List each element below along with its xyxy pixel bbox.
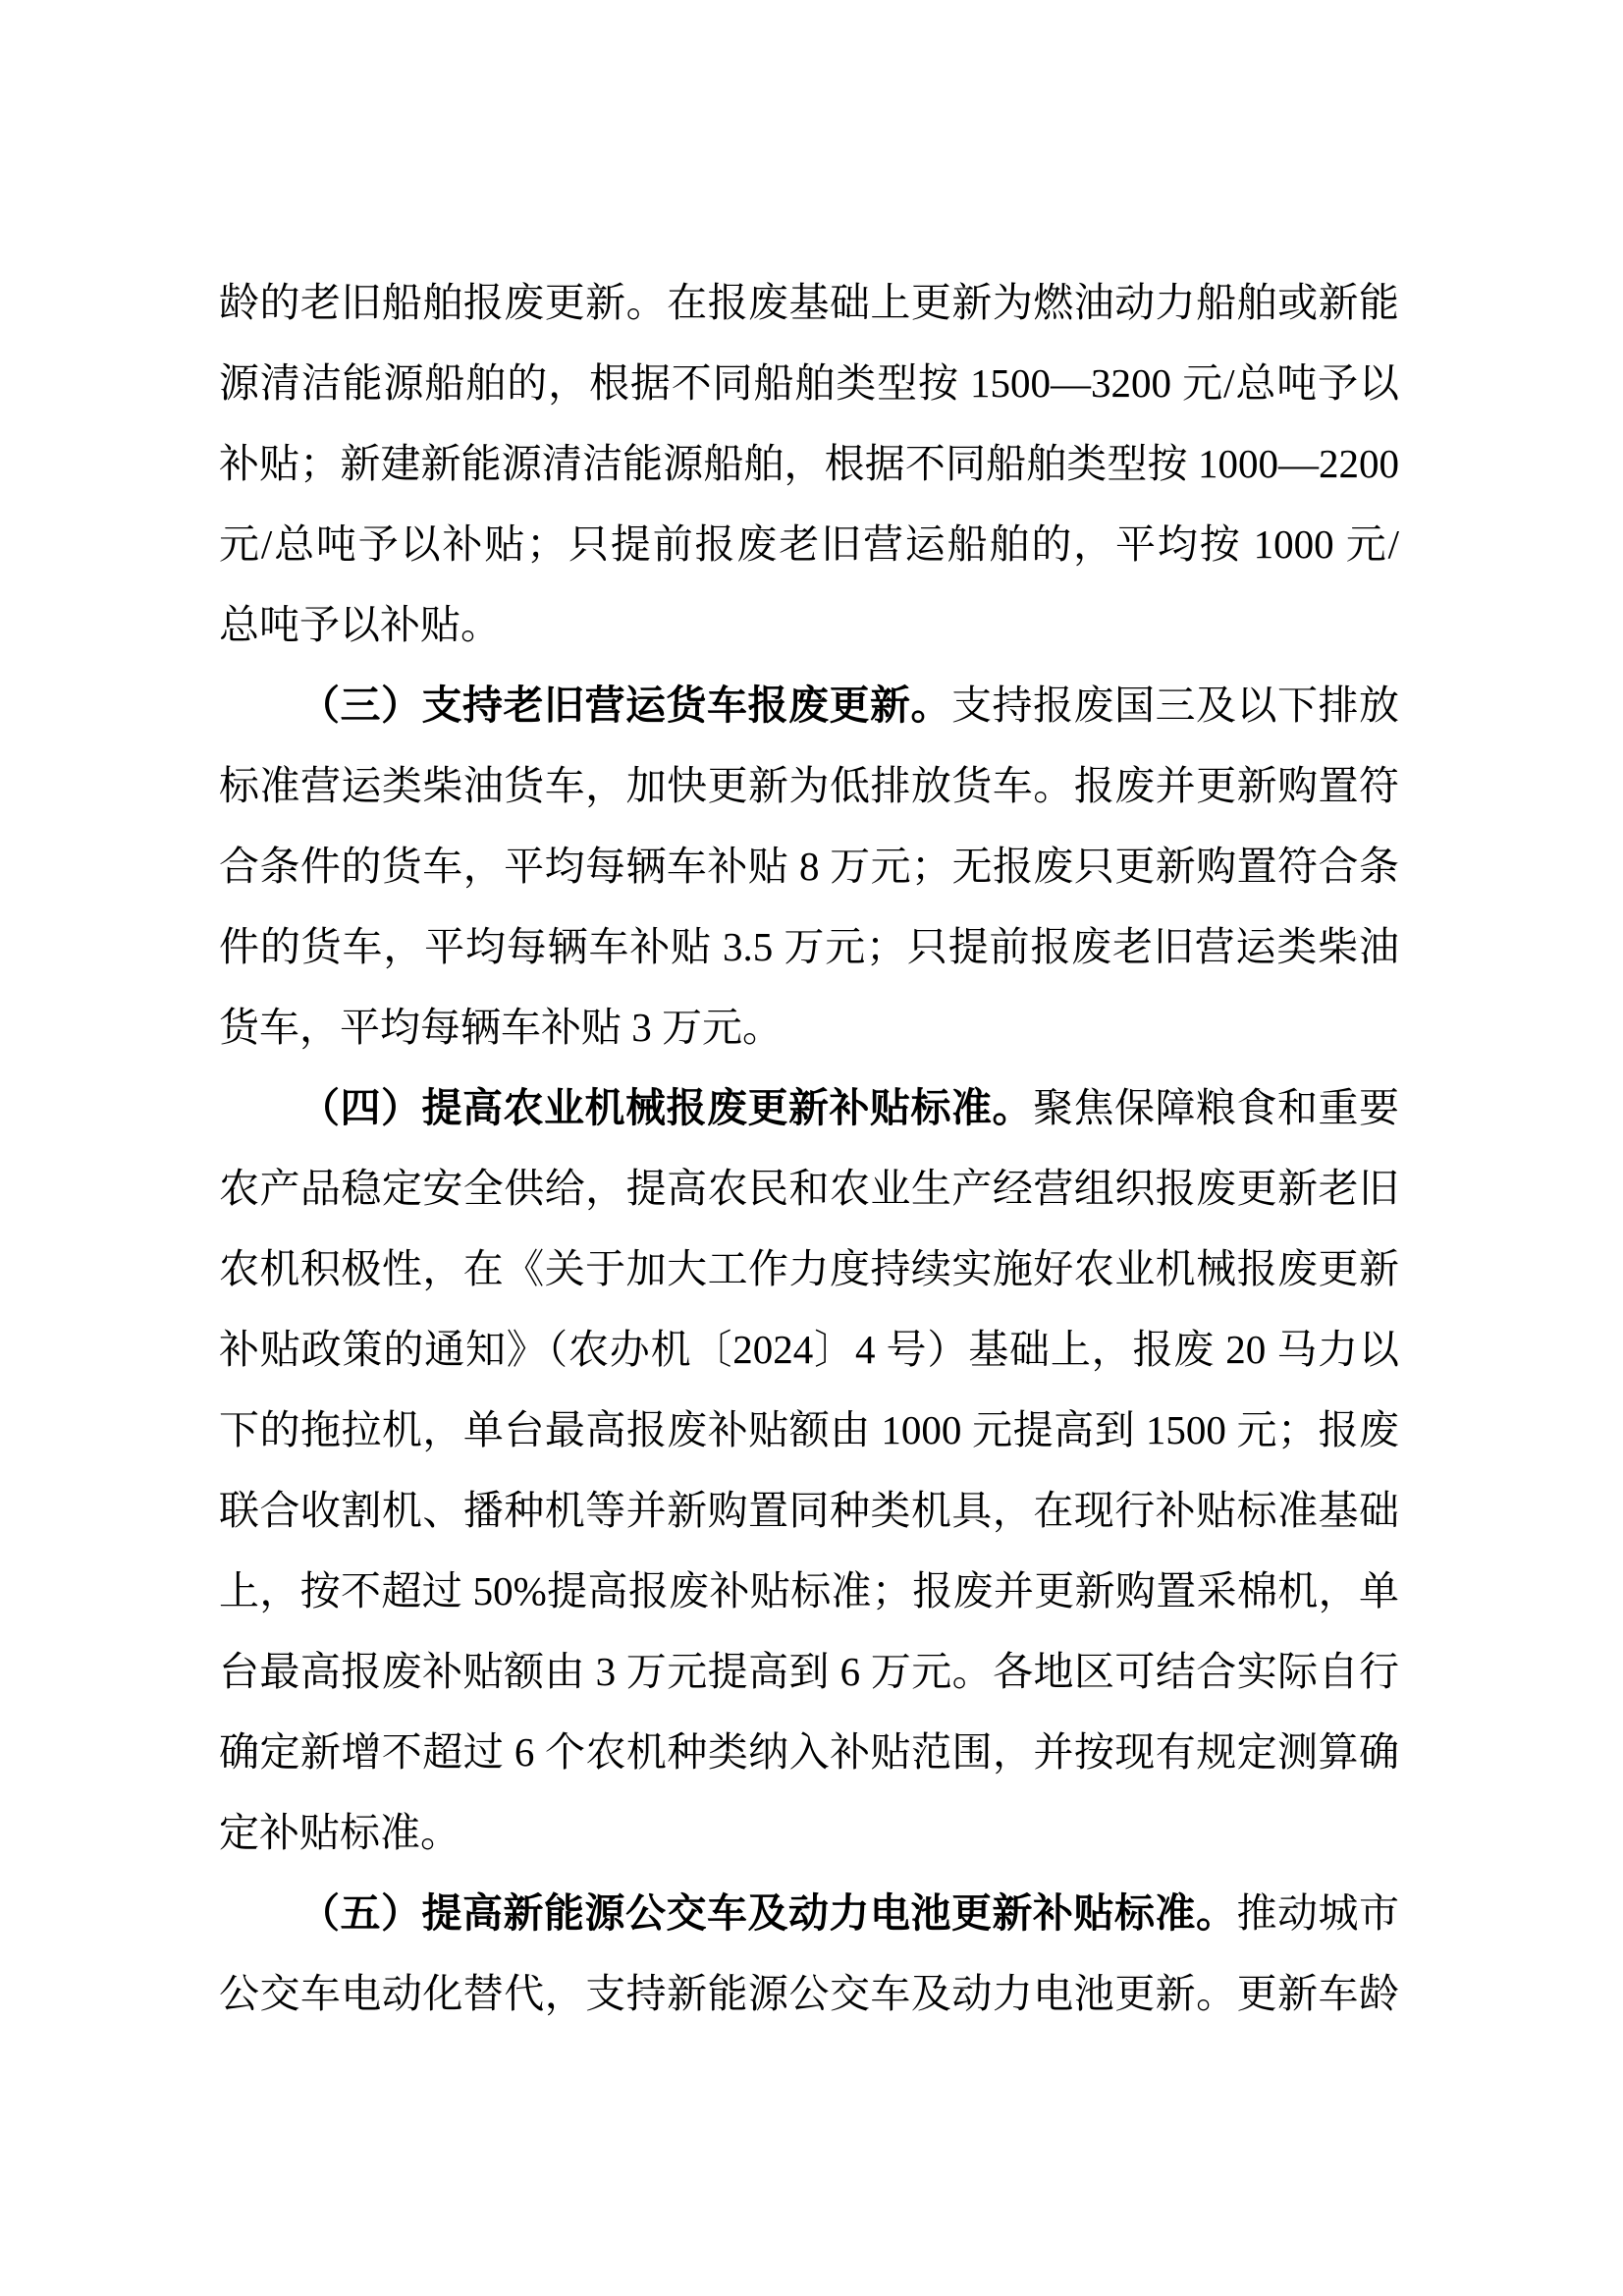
text-segment: 总吨予以补贴。	[219, 602, 501, 647]
paragraph-heading-segment: （三）支持老旧营运货车报废更新。	[299, 683, 951, 728]
text-segment: 农机积极性，在《关于加大工作力度持续实施好农业机械报废更新	[219, 1246, 1399, 1291]
text-line: 联合收割机、播种机等并新购置同种类机具，在现行补贴标准基础	[219, 1470, 1399, 1551]
text-segment: 补贴；新建新能源清洁能源船舶，根据不同船舶类型按 1000—2200	[219, 441, 1399, 486]
document-page: 龄的老旧船舶报废更新。在报废基础上更新为燃油动力船舶或新能源清洁能源船舶的，根据…	[0, 0, 1623, 2296]
text-line: 农机积极性，在《关于加大工作力度持续实施好农业机械报废更新	[219, 1229, 1399, 1309]
text-segment: 聚焦保障粮食和重要	[1033, 1085, 1399, 1130]
text-segment: 源清洁能源船舶的，根据不同船舶类型按 1500—3200 元/总吨予以	[219, 360, 1399, 406]
text-segment: 台最高报废补贴额由 3 万元提高到 6 万元。各地区可结合实际自行	[219, 1649, 1399, 1694]
text-segment: 定补贴标准。	[219, 1810, 460, 1855]
text-line: （三）支持老旧营运货车报废更新。支持报废国三及以下排放	[219, 665, 1399, 745]
text-line: 农产品稳定安全供给，提高农民和农业生产经营组织报废更新老旧	[219, 1148, 1399, 1229]
text-line: 总吨予以补贴。	[219, 584, 1399, 665]
paragraph-heading-segment: （四）提高农业机械报废更新补贴标准。	[299, 1085, 1033, 1130]
text-segment: 龄的老旧船舶报废更新。在报废基础上更新为燃油动力船舶或新能	[219, 280, 1399, 325]
text-segment: 联合收割机、播种机等并新购置同种类机具，在现行补贴标准基础	[219, 1488, 1399, 1533]
text-segment: 元/总吨予以补贴；只提前报废老旧营运船舶的，平均按 1000 元/	[219, 521, 1399, 567]
text-segment: 件的货车，平均每辆车补贴 3.5 万元；只提前报废老旧营运类柴油	[219, 924, 1399, 969]
text-line: （五）提高新能源公交车及动力电池更新补贴标准。推动城市	[219, 1873, 1399, 1953]
text-segment: 补贴政策的通知》（农办机〔2024〕4 号）基础上，报废 20 马力以	[219, 1327, 1399, 1372]
text-line: 元/总吨予以补贴；只提前报废老旧营运船舶的，平均按 1000 元/	[219, 504, 1399, 584]
text-segment: 确定新增不超过 6 个农机种类纳入补贴范围，并按现有规定测算确	[219, 1729, 1399, 1775]
text-line: 下的拖拉机，单台最高报废补贴额由 1000 元提高到 1500 元；报废	[219, 1390, 1399, 1470]
text-segment: 推动城市	[1237, 1890, 1400, 1936]
text-line: 合条件的货车，平均每辆车补贴 8 万元；无报废只更新购置符合条	[219, 826, 1399, 906]
text-line: 货车，平均每辆车补贴 3 万元。	[219, 987, 1399, 1067]
paragraph-heading-segment: （五）提高新能源公交车及动力电池更新补贴标准。	[299, 1890, 1237, 1936]
text-line: 件的货车，平均每辆车补贴 3.5 万元；只提前报废老旧营运类柴油	[219, 906, 1399, 987]
text-line: 上，按不超过 50%提高报废补贴标准；报废并更新购置采棉机，单	[219, 1551, 1399, 1631]
text-line: 台最高报废补贴额由 3 万元提高到 6 万元。各地区可结合实际自行	[219, 1631, 1399, 1712]
text-line: 确定新增不超过 6 个农机种类纳入补贴范围，并按现有规定测算确	[219, 1712, 1399, 1792]
text-segment: 支持报废国三及以下排放	[951, 683, 1399, 728]
text-line: 龄的老旧船舶报废更新。在报废基础上更新为燃油动力船舶或新能	[219, 262, 1399, 343]
text-segment: 标准营运类柴油货车，加快更新为低排放货车。报废并更新购置符	[219, 763, 1399, 808]
text-line: 补贴政策的通知》（农办机〔2024〕4 号）基础上，报废 20 马力以	[219, 1309, 1399, 1390]
text-segment: 货车，平均每辆车补贴 3 万元。	[219, 1005, 783, 1050]
text-line: 定补贴标准。	[219, 1792, 1399, 1873]
text-segment: 上，按不超过 50%提高报废补贴标准；报废并更新购置采棉机，单	[219, 1568, 1399, 1613]
document-text-block: 龄的老旧船舶报废更新。在报废基础上更新为燃油动力船舶或新能源清洁能源船舶的，根据…	[219, 262, 1399, 2034]
text-segment: 合条件的货车，平均每辆车补贴 8 万元；无报废只更新购置符合条	[219, 844, 1399, 889]
text-segment: 公交车电动化替代，支持新能源公交车及动力电池更新。更新车龄	[219, 1971, 1399, 2016]
text-line: 源清洁能源船舶的，根据不同船舶类型按 1500—3200 元/总吨予以	[219, 343, 1399, 423]
text-line: （四）提高农业机械报废更新补贴标准。聚焦保障粮食和重要	[219, 1067, 1399, 1148]
text-segment: 下的拖拉机，单台最高报废补贴额由 1000 元提高到 1500 元；报废	[219, 1407, 1399, 1452]
text-line: 标准营运类柴油货车，加快更新为低排放货车。报废并更新购置符	[219, 745, 1399, 826]
text-line: 补贴；新建新能源清洁能源船舶，根据不同船舶类型按 1000—2200	[219, 423, 1399, 504]
text-line: 公交车电动化替代，支持新能源公交车及动力电池更新。更新车龄	[219, 1953, 1399, 2034]
text-segment: 农产品稳定安全供给，提高农民和农业生产经营组织报废更新老旧	[219, 1166, 1399, 1211]
